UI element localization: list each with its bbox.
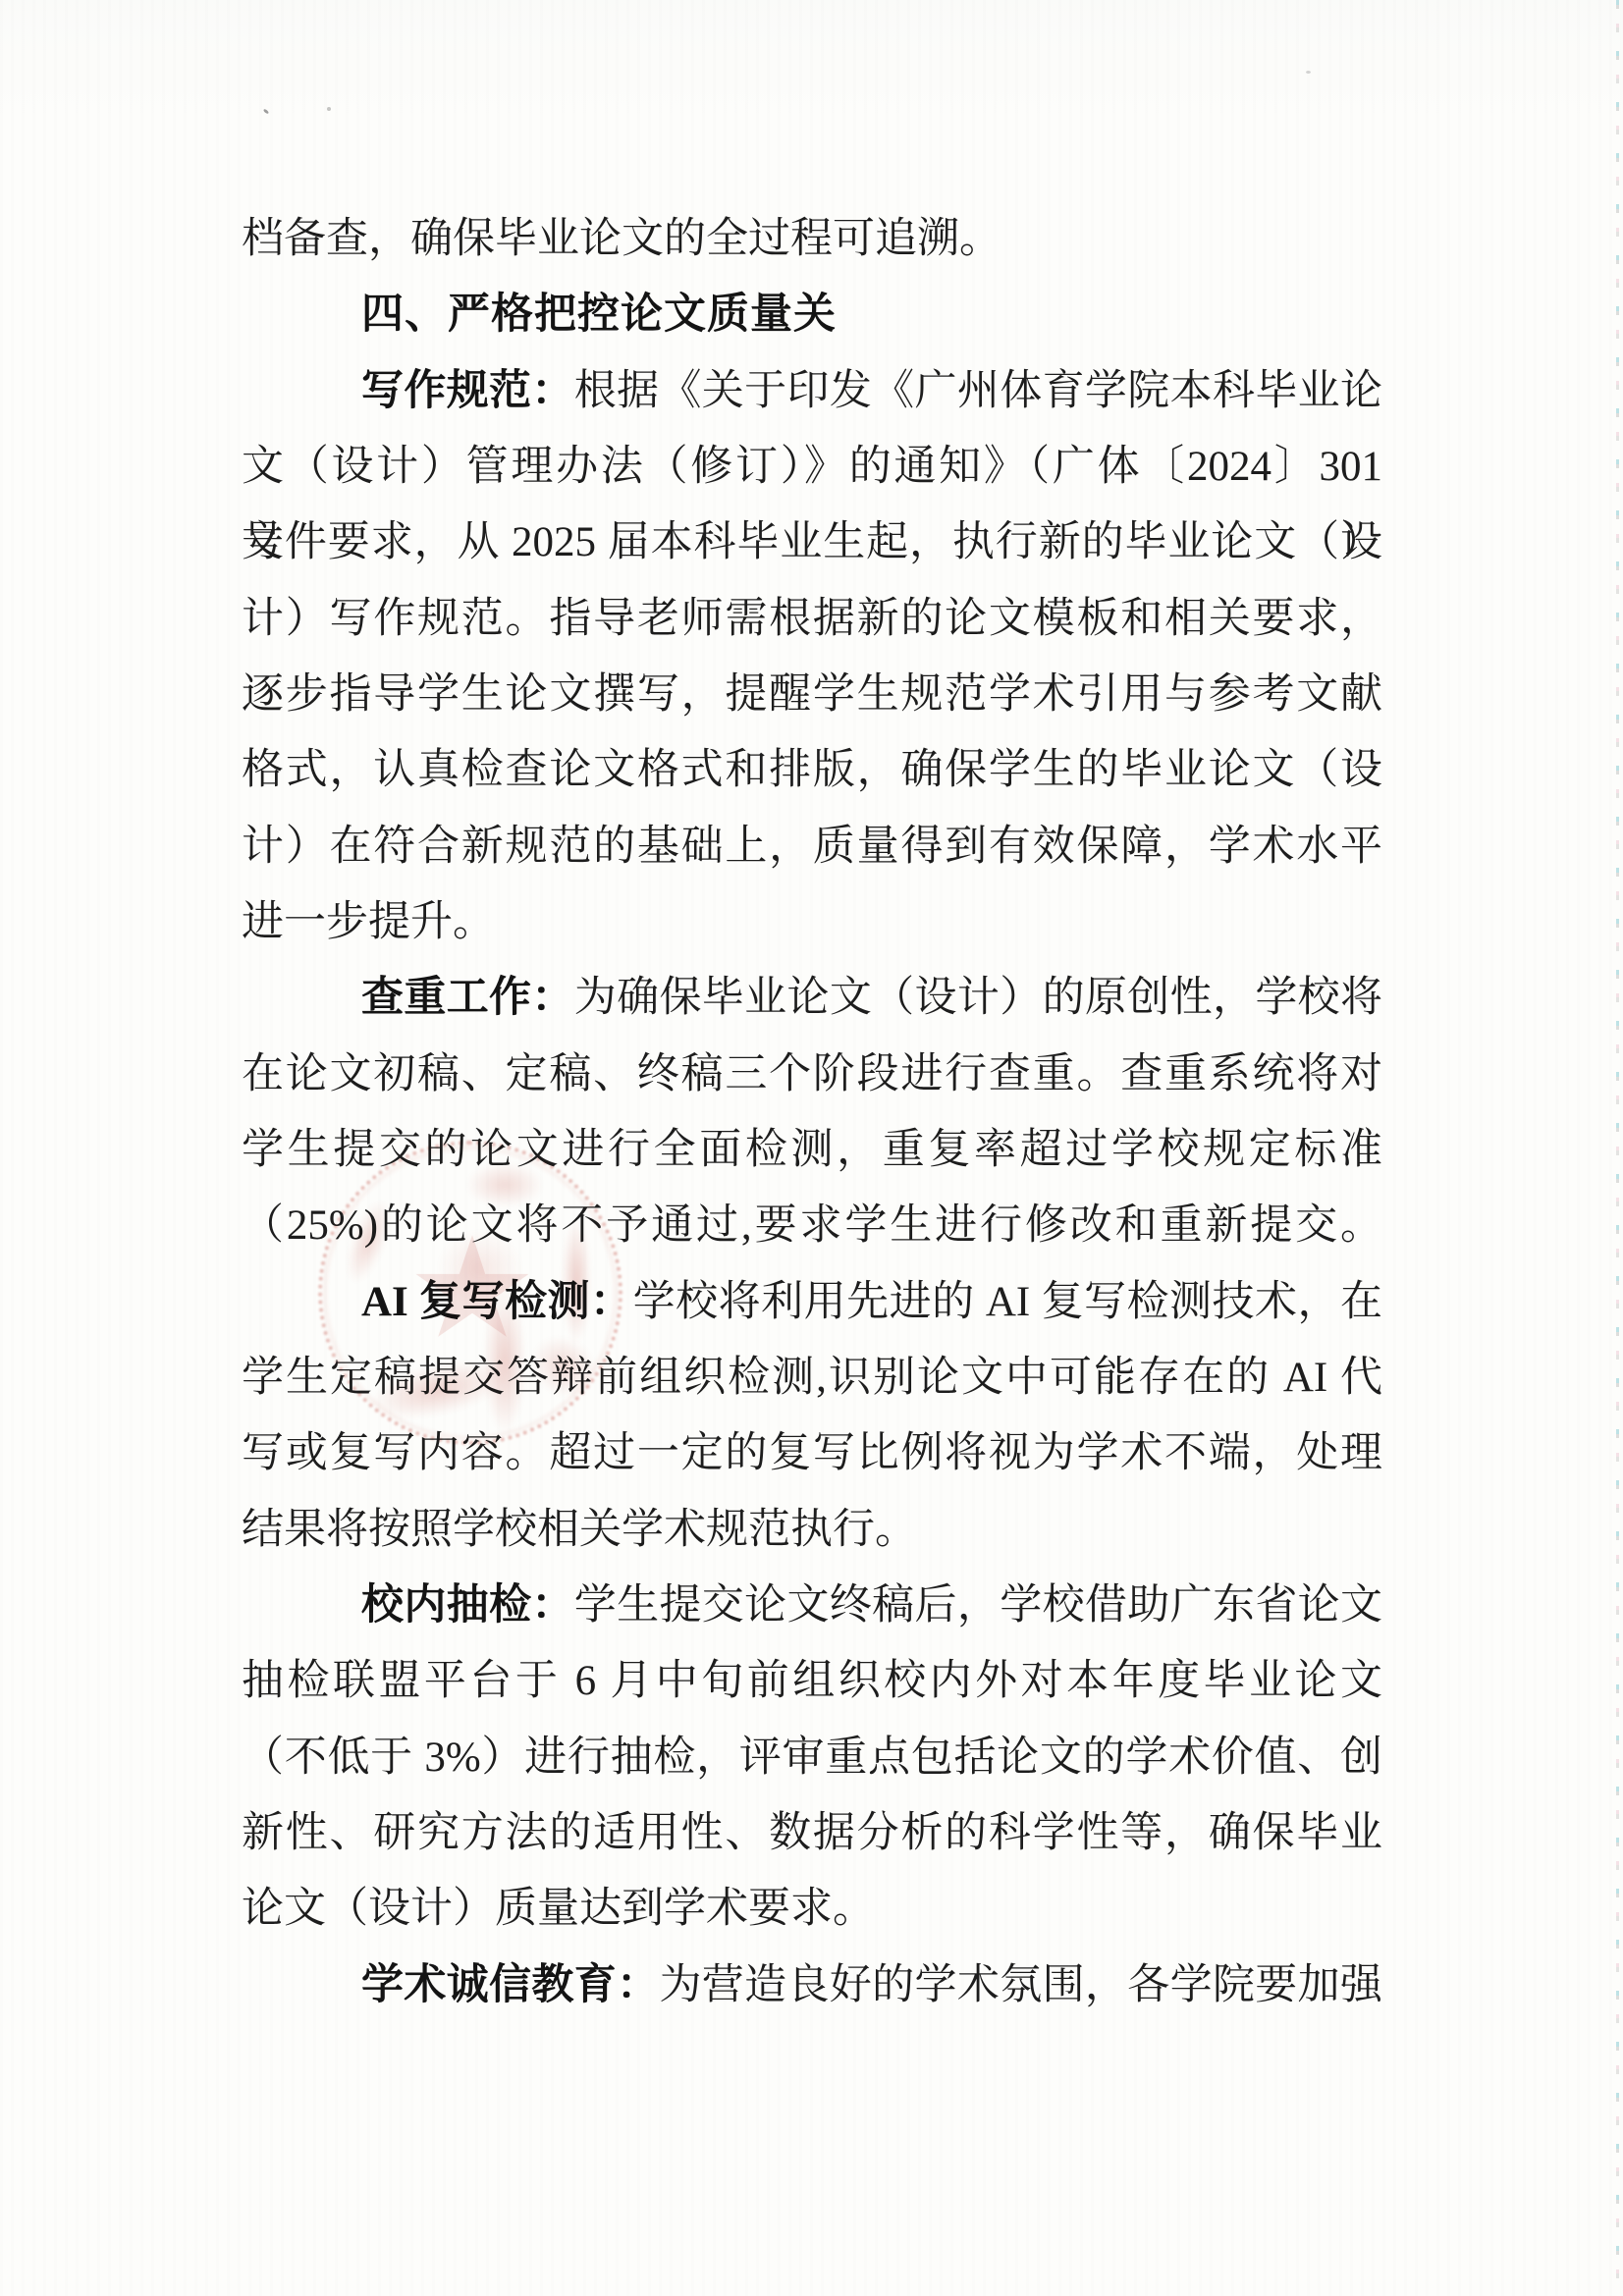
text-line: 计）在符合新规范的基础上，质量得到有效保障，学术水平 xyxy=(242,809,1382,884)
line-text: 进一步提升。 xyxy=(242,899,495,945)
text-line: 结果将按照学校相关学术规范执行。 xyxy=(242,1492,1382,1568)
text-line: AI 复写检测：学校将利用先进的 AI 复写检测技术，在 xyxy=(242,1264,1382,1340)
text-line: 学生提交的论文进行全面检测，重复率超过学校规定标准 xyxy=(242,1112,1382,1188)
line-text: 学校将利用先进的 AI 复写检测技术，在 xyxy=(633,1279,1382,1325)
text-line: 抽检联盟平台于 6 月中旬前组织校内外对本年度毕业论文 xyxy=(242,1643,1382,1719)
text-line: 写作规范：根据《关于印发《广州体育学院本科毕业论 xyxy=(242,353,1382,429)
scan-speck xyxy=(263,108,270,114)
line-text: 逐步指导学生论文撰写，提醒学生规范学术引用与参考文献 xyxy=(242,671,1382,718)
text-line: 学生定稿提交答辩前组织检测,识别论文中可能存在的 AI 代 xyxy=(242,1340,1382,1415)
text-line: 文（设计）管理办法（修订）》的通知》（广体〔2024〕301 号） xyxy=(242,429,1382,505)
text-line: 校内抽检：学生提交论文终稿后，学校借助广东省论文 xyxy=(242,1568,1382,1643)
lead-label: 写作规范： xyxy=(361,368,574,414)
section-heading: 四、严格把控论文质量关 xyxy=(242,277,1382,352)
line-text: （不低于 3%）进行抽检，评审重点包括论文的学术价值、创 xyxy=(242,1735,1382,1781)
text-line: 写或复写内容。超过一定的复写比例将视为学术不端，处理 xyxy=(242,1415,1382,1491)
lead-label: 校内抽检： xyxy=(361,1582,574,1629)
line-text: 学生提交的论文进行全面检测，重复率超过学校规定标准 xyxy=(242,1127,1382,1173)
line-text: 文件要求，从 2025 届本科毕业生起，执行新的毕业论文（设 xyxy=(242,519,1382,565)
line-text: （25%)的论文将不予通过,要求学生进行修改和重新提交。 xyxy=(242,1202,1382,1249)
text-line: 论文（设计）质量达到学术要求。 xyxy=(242,1871,1382,1947)
text-line: 档备查，确保毕业论文的全过程可追溯。 xyxy=(242,201,1382,277)
text-line: （不低于 3%）进行抽检，评审重点包括论文的学术价值、创 xyxy=(242,1720,1382,1795)
text-line: 查重工作：为确保毕业论文（设计）的原创性，学校将 xyxy=(242,960,1382,1036)
text-line: 文件要求，从 2025 届本科毕业生起，执行新的毕业论文（设 xyxy=(242,505,1382,580)
text-line: 格式，认真检查论文格式和排版，确保学生的毕业论文（设 xyxy=(242,732,1382,808)
line-text: 论文（设计）质量达到学术要求。 xyxy=(242,1886,875,1932)
line-text: 计）写作规范。指导老师需根据新的论文模板和相关要求， xyxy=(242,596,1382,642)
text-line: （25%)的论文将不予通过,要求学生进行修改和重新提交。 xyxy=(242,1188,1382,1263)
line-text: 写或复写内容。超过一定的复写比例将视为学术不端，处理 xyxy=(242,1430,1382,1476)
lead-label: 查重工作： xyxy=(361,975,574,1021)
lead-label: AI 复写检测： xyxy=(361,1279,633,1325)
line-text: 为营造良好的学术氛围，各学院要加强 xyxy=(659,1962,1382,2008)
line-text: 格式，认真检查论文格式和排版，确保学生的毕业论文（设 xyxy=(242,747,1382,793)
document-body: 档备查，确保毕业论文的全过程可追溯。 四、严格把控论文质量关 写作规范：根据《关… xyxy=(242,201,1382,2023)
text-line: 新性、研究方法的适用性、数据分析的科学性等，确保毕业 xyxy=(242,1795,1382,1871)
text-line: 逐步指导学生论文撰写，提醒学生规范学术引用与参考文献 xyxy=(242,657,1382,732)
text-line: 计）写作规范。指导老师需根据新的论文模板和相关要求， xyxy=(242,581,1382,657)
text-line: 进一步提升。 xyxy=(242,884,1382,960)
line-text: 为确保毕业论文（设计）的原创性，学校将 xyxy=(574,975,1382,1021)
line-text: 档备查，确保毕业论文的全过程可追溯。 xyxy=(242,216,1001,262)
lead-label: 学术诚信教育： xyxy=(361,1962,659,2008)
scan-speck xyxy=(327,107,331,111)
line-text: 新性、研究方法的适用性、数据分析的科学性等，确保毕业 xyxy=(242,1810,1382,1856)
line-text: 学生提交论文终稿后，学校借助广东省论文 xyxy=(574,1582,1382,1629)
line-text: 根据《关于印发《广州体育学院本科毕业论 xyxy=(574,368,1382,414)
scan-edge-artifact xyxy=(1616,0,1619,2296)
text-line: 学术诚信教育：为营造良好的学术氛围，各学院要加强 xyxy=(242,1948,1382,2023)
line-text: 在论文初稿、定稿、终稿三个阶段进行查重。查重系统将对 xyxy=(242,1051,1382,1097)
line-text: 抽检联盟平台于 6 月中旬前组织校内外对本年度毕业论文 xyxy=(242,1658,1382,1704)
heading-text: 四、严格把控论文质量关 xyxy=(361,292,837,338)
document-page: 档备查，确保毕业论文的全过程可追溯。 四、严格把控论文质量关 写作规范：根据《关… xyxy=(0,0,1623,2296)
text-line: 在论文初稿、定稿、终稿三个阶段进行查重。查重系统将对 xyxy=(242,1037,1382,1112)
line-text: 计）在符合新规范的基础上，质量得到有效保障，学术水平 xyxy=(242,824,1382,870)
scan-speck xyxy=(1306,71,1311,74)
line-text: 结果将按照学校相关学术规范执行。 xyxy=(242,1507,917,1553)
line-text: 学生定稿提交答辩前组织检测,识别论文中可能存在的 AI 代 xyxy=(242,1355,1382,1401)
